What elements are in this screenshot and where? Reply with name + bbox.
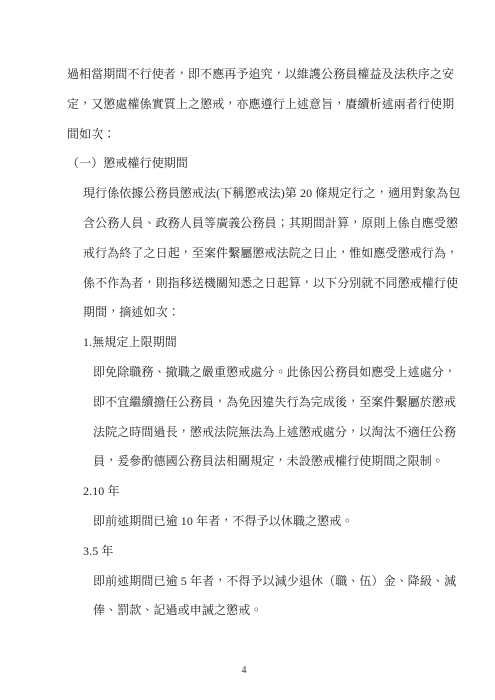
text-line: 法院之時間過長，懲戒法院無法為上述懲戒處分，以淘汰不適任公務 <box>67 418 495 448</box>
text-line: 含公務人員、政務人員等廣義公務員；其期間計算，原則上係自應受懲 <box>67 209 495 239</box>
text-line: 間如次： <box>67 120 495 150</box>
text-line: 即免除職務、撤職之嚴重懲戒處分。此係因公務員如應受上述處分， <box>67 358 495 388</box>
text-line: 俸、罰款、記過或申誡之懲戒。 <box>67 596 495 626</box>
list-item-heading: 1.無規定上限期間 <box>67 328 495 358</box>
text-line: 係不作為者，則指移送機關知悉之日起算，以下分別就不同懲戒權行使 <box>67 269 495 299</box>
text-line: 即前述期間已逾 10 年者，不得予以休職之懲戒。 <box>67 507 495 537</box>
text-line: 員，爰參酌德國公務員法相關規定，未設懲戒權行使期間之限制。 <box>67 447 495 477</box>
document-page: 過相當期間不行使者，即不應再予追究，以維護公務員權益及法秩序之安 定，又懲處權係… <box>0 0 495 700</box>
text-line: 現行係依據公務員懲戒法(下稱懲戒法)第 20 條規定行之，適用對象為包 <box>67 179 495 209</box>
page-number: 4 <box>0 664 488 678</box>
list-item-heading: 3.5 年 <box>67 537 495 567</box>
text-line: 戒行為終了之日起，至案件繫屬懲戒法院之日止，惟如應受懲戒行為， <box>67 239 495 269</box>
text-line: 定，又懲處權係實質上之懲戒，亦應遵行上述意旨，賡續析述兩者行使期 <box>67 90 495 120</box>
text-line: 過相當期間不行使者，即不應再予追究，以維護公務員權益及法秩序之安 <box>67 60 495 90</box>
text-line: 期間，摘述如次： <box>67 298 495 328</box>
text-line: 即不宜繼續擔任公務員，為免因違失行為完成後，至案件繫屬於懲戒 <box>67 388 495 418</box>
text-line: 即前述期間已逾 5 年者，不得予以減少退休（職、伍）金、降級、減 <box>67 567 495 597</box>
list-item-heading: 2.10 年 <box>67 477 495 507</box>
document-body: 過相當期間不行使者，即不應再予追究，以維護公務員權益及法秩序之安 定，又懲處權係… <box>67 60 495 626</box>
section-heading: （一）懲戒權行使期間 <box>67 149 495 179</box>
